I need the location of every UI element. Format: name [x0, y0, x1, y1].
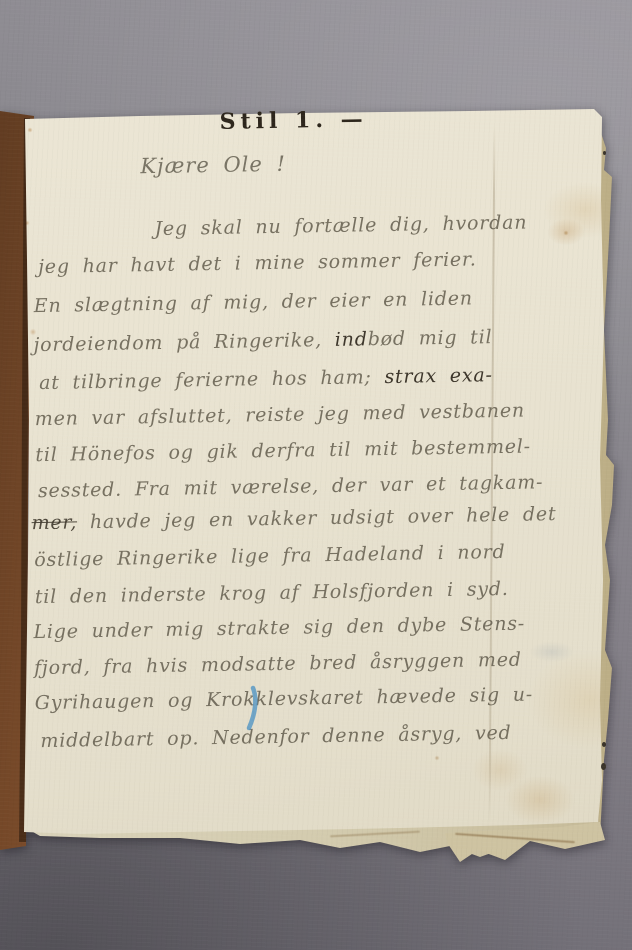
line-segment: jordeiendom på Ringerike,	[33, 329, 335, 356]
struck-word: mer,	[31, 511, 77, 534]
line-segment: at tilbringe ferierne hos ham;	[39, 366, 385, 394]
salutation: Kjære Ole !	[140, 152, 286, 179]
manuscript-line: östlige Ringerike lige fra Hadeland i no…	[34, 541, 506, 571]
overwritten-ink-segment: ind	[335, 328, 368, 351]
overwritten-ink-segment: strax exa-	[384, 364, 493, 388]
manuscript-line: at tilbringe ferierne hos ham; strax exa…	[39, 364, 493, 394]
manuscript-line: mer, havde jeg en vakker udsigt over hel…	[31, 503, 556, 534]
manuscript-line: Lige under mig strakte sig den dybe Sten…	[33, 613, 525, 644]
manuscript-line: jeg har havt det i mine sommer ferier.	[38, 248, 477, 278]
manuscript-line: middelbart op. Nedenfor denne åsryg, ved	[40, 722, 512, 752]
manuscript-line: Gyrihaugen og Krokklevskaret hævede sig …	[35, 683, 534, 714]
manuscript-line: sessted. Fra mit værelse, der var et tag…	[38, 471, 544, 502]
essay-heading: Stil 1. —	[219, 106, 367, 135]
manuscript-line: til den inderste krog af Holsfjorden i s…	[35, 578, 509, 608]
manuscript-line: jordeiendom på Ringerike, indbød mig til	[33, 326, 492, 356]
manuscript-line: En slægtning af mig, der eier en liden	[34, 287, 473, 317]
line-segment: bød mig til	[368, 326, 493, 350]
manuscript-photo: Stil 1. — Kjære Ole ! Jeg skal nu fortæl…	[0, 0, 632, 950]
line-segment: havde jeg en vakker udsigt over hele det	[77, 503, 557, 533]
manuscript-line: til Hönefos og gik derfra til mit bestem…	[35, 435, 531, 466]
manuscript-line: fjord, fra hvis modsatte bred åsryggen m…	[34, 649, 522, 680]
manuscript-line: Jeg skal nu fortælle dig, hvordan	[154, 211, 527, 240]
handwriting-layer: Stil 1. — Kjære Ole ! Jeg skal nu fortæl…	[0, 0, 632, 950]
manuscript-line: men var afsluttet, reiste jeg med vestba…	[35, 400, 526, 431]
